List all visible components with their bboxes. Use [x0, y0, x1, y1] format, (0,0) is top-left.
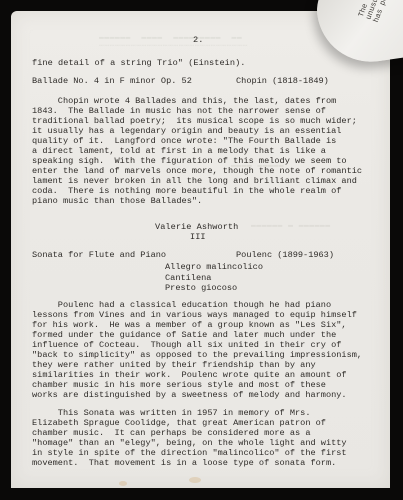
- text-line: enter the land of marvels once more, tho…: [32, 166, 362, 176]
- text-line: quality of it. Langford once wrote: "The…: [32, 136, 362, 146]
- curled-corner-text: The Cant unusual has perf: [358, 0, 393, 24]
- piece-title: Ballade No. 4 in F minor Op. 52: [32, 76, 192, 86]
- text-line: lessons from Vines and in various ways m…: [32, 310, 362, 320]
- text-line: formed under the guidance of Satie and l…: [32, 330, 362, 340]
- text-line: for his work. He was a member of a group…: [32, 320, 362, 330]
- continued-line: fine detail of a string Trio" (Einstein)…: [32, 58, 246, 68]
- text-line: chamber music in his more serious style …: [32, 380, 362, 390]
- piece-heading-chopin: Ballade No. 4 in F minor Op. 52 Chopin (…: [32, 76, 342, 86]
- text-line: speaking sigh. With the figuration of th…: [32, 156, 362, 166]
- text-line: a direct lament, told at first in a melo…: [32, 146, 362, 156]
- text-line: piano music than those Ballades".: [32, 196, 362, 206]
- text-line: "homage" than an "elegy", being, on the …: [32, 438, 347, 448]
- text-line: traditional ballad poetry; its musical s…: [32, 116, 362, 126]
- paragraph-poulenc: Poulenc had a classical education though…: [32, 300, 362, 400]
- movement-item: Allegro malincolico: [165, 262, 263, 273]
- movement-item: Presto giocoso: [165, 283, 263, 294]
- text-line: This Sonata was written in 1957 in memor…: [32, 408, 347, 418]
- piece-composer: Chopin (1818-1849): [236, 76, 329, 86]
- text-line: Poulenc had a classical education though…: [32, 300, 362, 310]
- section-numeral: III: [190, 232, 206, 242]
- text-line: works are distinguished by a sweetness o…: [32, 390, 362, 400]
- paragraph-chopin: Chopin wrote 4 Ballades and this, the la…: [32, 96, 362, 206]
- paragraph-sonata: This Sonata was written in 1957 in memor…: [32, 408, 347, 468]
- text-line: chamber music. It can perhaps be conside…: [32, 428, 347, 438]
- text-line: lament is never broken in all the long a…: [32, 176, 362, 186]
- text-line: in style in spite of the direction "mali…: [32, 448, 347, 458]
- text-line: Chopin wrote 4 Ballades and this, the la…: [32, 96, 362, 106]
- piece-composer: Poulenc (1899-1963): [236, 250, 334, 260]
- text-line: movement. That movement is in a loose ty…: [32, 458, 347, 468]
- text-line: coda. There is nothing more beautiful in…: [32, 186, 362, 196]
- paper-stain: [119, 481, 127, 486]
- show-through-texture: ┄┄┄┄┄┄┄┄┄┄┄┄┄┄┄┄┄┄┄┄┄┄┄┄┄┄┄┄: [99, 41, 248, 51]
- piece-title: Sonata for Flute and Piano: [32, 250, 166, 260]
- text-line: 1843. The Ballade in music has not the n…: [32, 106, 362, 116]
- page-number: 2.: [193, 35, 203, 45]
- text-line: they were rather united by their friends…: [32, 360, 362, 370]
- piece-heading-poulenc: Sonata for Flute and Piano Poulenc (1899…: [32, 250, 342, 260]
- text-line: Elizabeth Sprague Coolidge, that great A…: [32, 418, 347, 428]
- text-line: it usually has a legendary origin and be…: [32, 126, 362, 136]
- movement-list: Allegro malincolico Cantilena Presto gio…: [165, 262, 263, 294]
- paper-stain: [189, 477, 201, 483]
- scan-background: ▬▬▬▬▬▬ ▬▬▬▬ ▬▬▬▬▬▬▬▬▬ ▬▬ ┄┄┄┄┄┄┄┄┄┄┄┄┄┄┄…: [0, 0, 403, 500]
- text-line: "back to simplicity" as opposed to the p…: [32, 350, 362, 360]
- movement-item: Cantilena: [165, 273, 263, 284]
- text-line: influence of Cocteau. Though all six uni…: [32, 340, 362, 350]
- text-line: similarities in their work. Poulenc wrot…: [32, 370, 362, 380]
- show-through-texture: ▬▬▬▬▬▬ ▬ ▬▬▬▬▬▬: [251, 221, 331, 230]
- author-signature: Valerie Ashworth: [155, 222, 238, 232]
